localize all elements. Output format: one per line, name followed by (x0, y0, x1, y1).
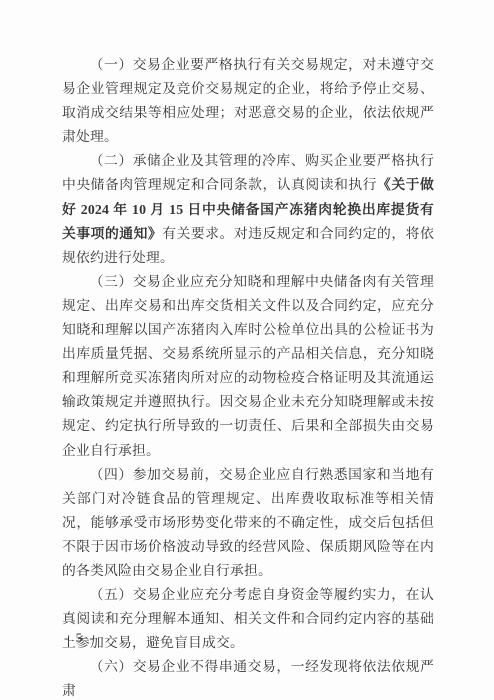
document-page: （一）交易企业要严格执行有关交易规定，对未遵守交易企业管理规定及竞价交易规定的企… (0, 0, 494, 700)
clause-paragraph-6: （六）交易企业不得串通交易，一经发现将依法依规严肃 (62, 655, 434, 700)
clause-paragraph-2: （二）承储企业及其管理的冷库、购买企业要严格执行中央储备肉管理规定和合同条款，认… (62, 149, 434, 269)
clause-paragraph-1: （一）交易企业要严格执行有关交易规定，对未遵守交易企业管理规定及竞价交易规定的企… (62, 53, 434, 149)
document-body: （一）交易企业要严格执行有关交易规定，对未遵守交易企业管理规定及竞价交易规定的企… (62, 53, 434, 700)
page-number: - 5 - (64, 630, 96, 646)
clause-paragraph-5: （五）交易企业应充分考虑自身资金等履约实力，在认真阅读和充分理解本通知、相关文件… (62, 583, 434, 655)
clause-paragraph-4: （四）参加交易前，交易企业应自行熟悉国家和当地有关部门对冷链食品的管理规定、出库… (62, 463, 434, 583)
clause-paragraph-3: （三）交易企业应充分知晓和理解中央储备肉有关管理规定、出库交易和出库交货相关文件… (62, 270, 434, 463)
